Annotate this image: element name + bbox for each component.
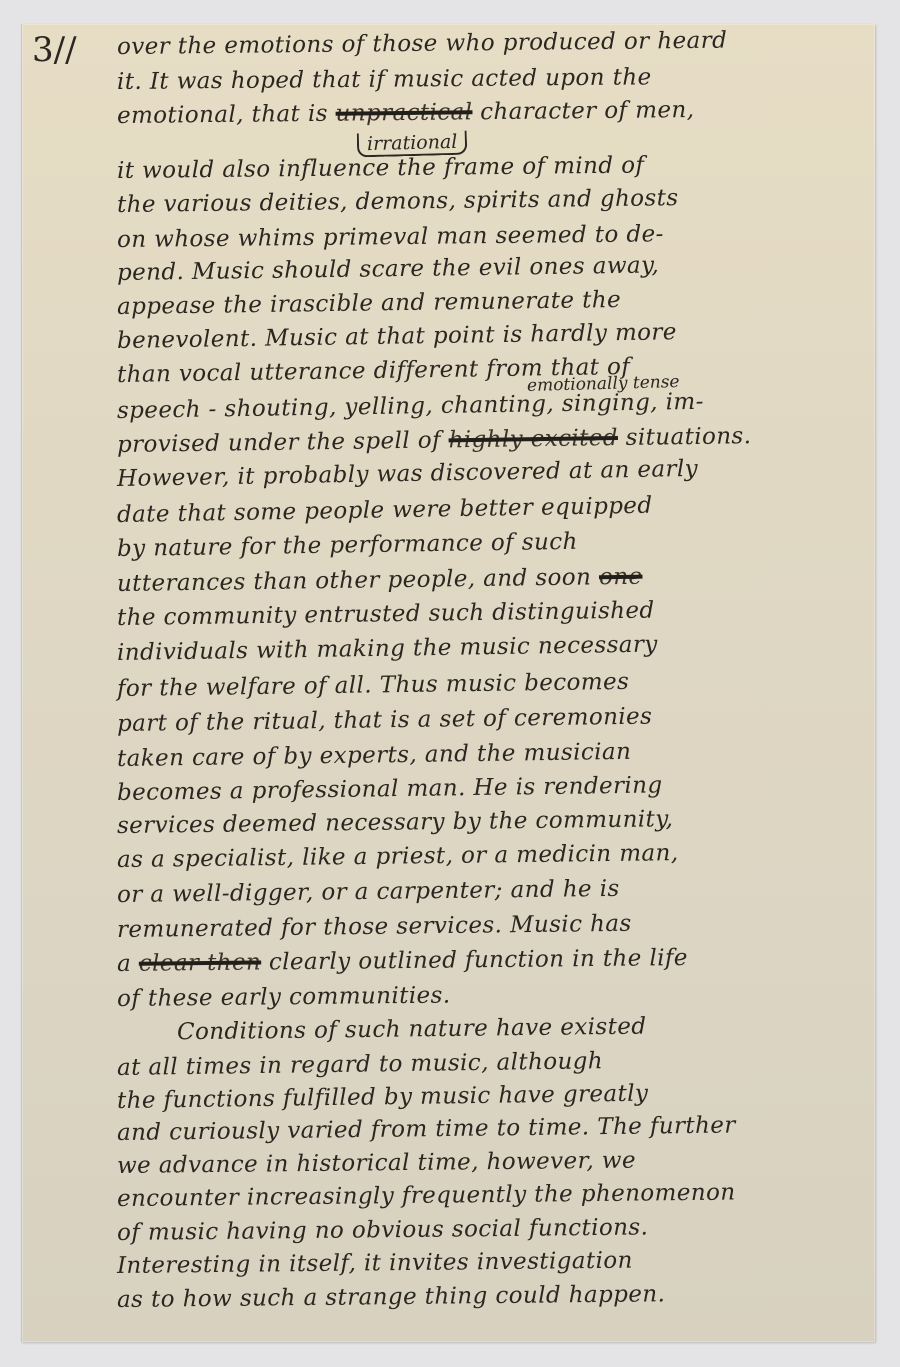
line-text: provised under the spell of <box>117 427 449 458</box>
manuscript-line: as a specialist, like a priest, or a med… <box>117 841 679 874</box>
manuscript-line: for the welfare of all. Thus music becom… <box>117 669 630 702</box>
manuscript-line: appease the irascible and remunerate the <box>117 287 621 320</box>
line-text: situations. <box>618 423 752 451</box>
manuscript-page: 3// over the emotions of those who produ… <box>21 24 875 1342</box>
line-text: utterances than other people, and soon <box>117 564 599 597</box>
manuscript-line: the community entrusted such distinguish… <box>117 598 655 632</box>
manuscript-line: over the emotions of those who produced … <box>117 28 727 60</box>
manuscript-line: speech - shouting, yelling, chanting, si… <box>117 389 704 424</box>
line-text: emotional, that is <box>117 101 336 129</box>
manuscript-line: or a well-digger, or a carpenter; and he… <box>117 876 620 908</box>
line-text: character of men, <box>472 97 694 125</box>
manuscript-line: provised under the spell of highly excit… <box>117 423 752 458</box>
manuscript-line: utterances than other people, and soon o… <box>117 563 643 596</box>
manuscript-line: benevolent. Music at that point is hardl… <box>117 319 677 354</box>
page-number: 3// <box>32 30 77 70</box>
manuscript-line: encounter increasingly frequently the ph… <box>117 1179 736 1211</box>
manuscript-line: However, it probably was discovered at a… <box>117 456 699 492</box>
line-text: a <box>117 951 139 977</box>
manuscript-line: taken care of by experts, and the musici… <box>117 738 632 771</box>
manuscript-line: part of the ritual, that is a set of cer… <box>117 703 653 736</box>
manuscript-line: emotional, that is unpractical character… <box>117 97 695 129</box>
manuscript-line: the various deities, demons, spirits and… <box>117 185 679 218</box>
struck-word: clear then <box>139 950 262 977</box>
struck-word: highly excited <box>448 425 618 453</box>
manuscript-line: of music having no obvious social functi… <box>117 1214 649 1246</box>
manuscript-line: date that some people were better equipp… <box>117 492 653 527</box>
manuscript-line: services deemed necessary by the communi… <box>117 806 674 839</box>
manuscript-line: individuals with making the music necess… <box>117 631 658 665</box>
manuscript-line: becomes a professional man. He is render… <box>117 772 663 806</box>
manuscript-line: a clear then clearly outlined function i… <box>117 945 688 977</box>
manuscript-line: and curiously varied from time to time. … <box>117 1113 736 1147</box>
manuscript-line: by nature for the performance of such <box>117 529 578 562</box>
manuscript-line: Interesting in itself, it invites invest… <box>117 1248 633 1279</box>
manuscript-line: remunerated for those services. Music ha… <box>117 910 632 942</box>
manuscript-line: it. It was hoped that if music acted upo… <box>117 64 652 95</box>
manuscript-line: pend. Music should scare the evil ones a… <box>117 252 659 286</box>
manuscript-line: the functions fulfilled by music have gr… <box>117 1080 649 1113</box>
manuscript-line-paragraph-start: Conditions of such nature have existed <box>117 1014 647 1046</box>
struck-word: one <box>599 563 643 590</box>
manuscript-line: of these early communities. <box>117 982 451 1011</box>
manuscript-line: it would also influence the frame of min… <box>117 152 645 184</box>
manuscript-line: we advance in historical time, however, … <box>117 1148 636 1179</box>
manuscript-line: on whose whims primeval man seemed to de… <box>117 221 664 253</box>
manuscript-line: at all times in regard to music, althoug… <box>117 1048 603 1081</box>
manuscript-line: as to how such a strange thing could hap… <box>117 1281 665 1313</box>
line-text: clearly outlined function in the life <box>261 945 688 975</box>
struck-word: unpractical <box>335 99 472 126</box>
